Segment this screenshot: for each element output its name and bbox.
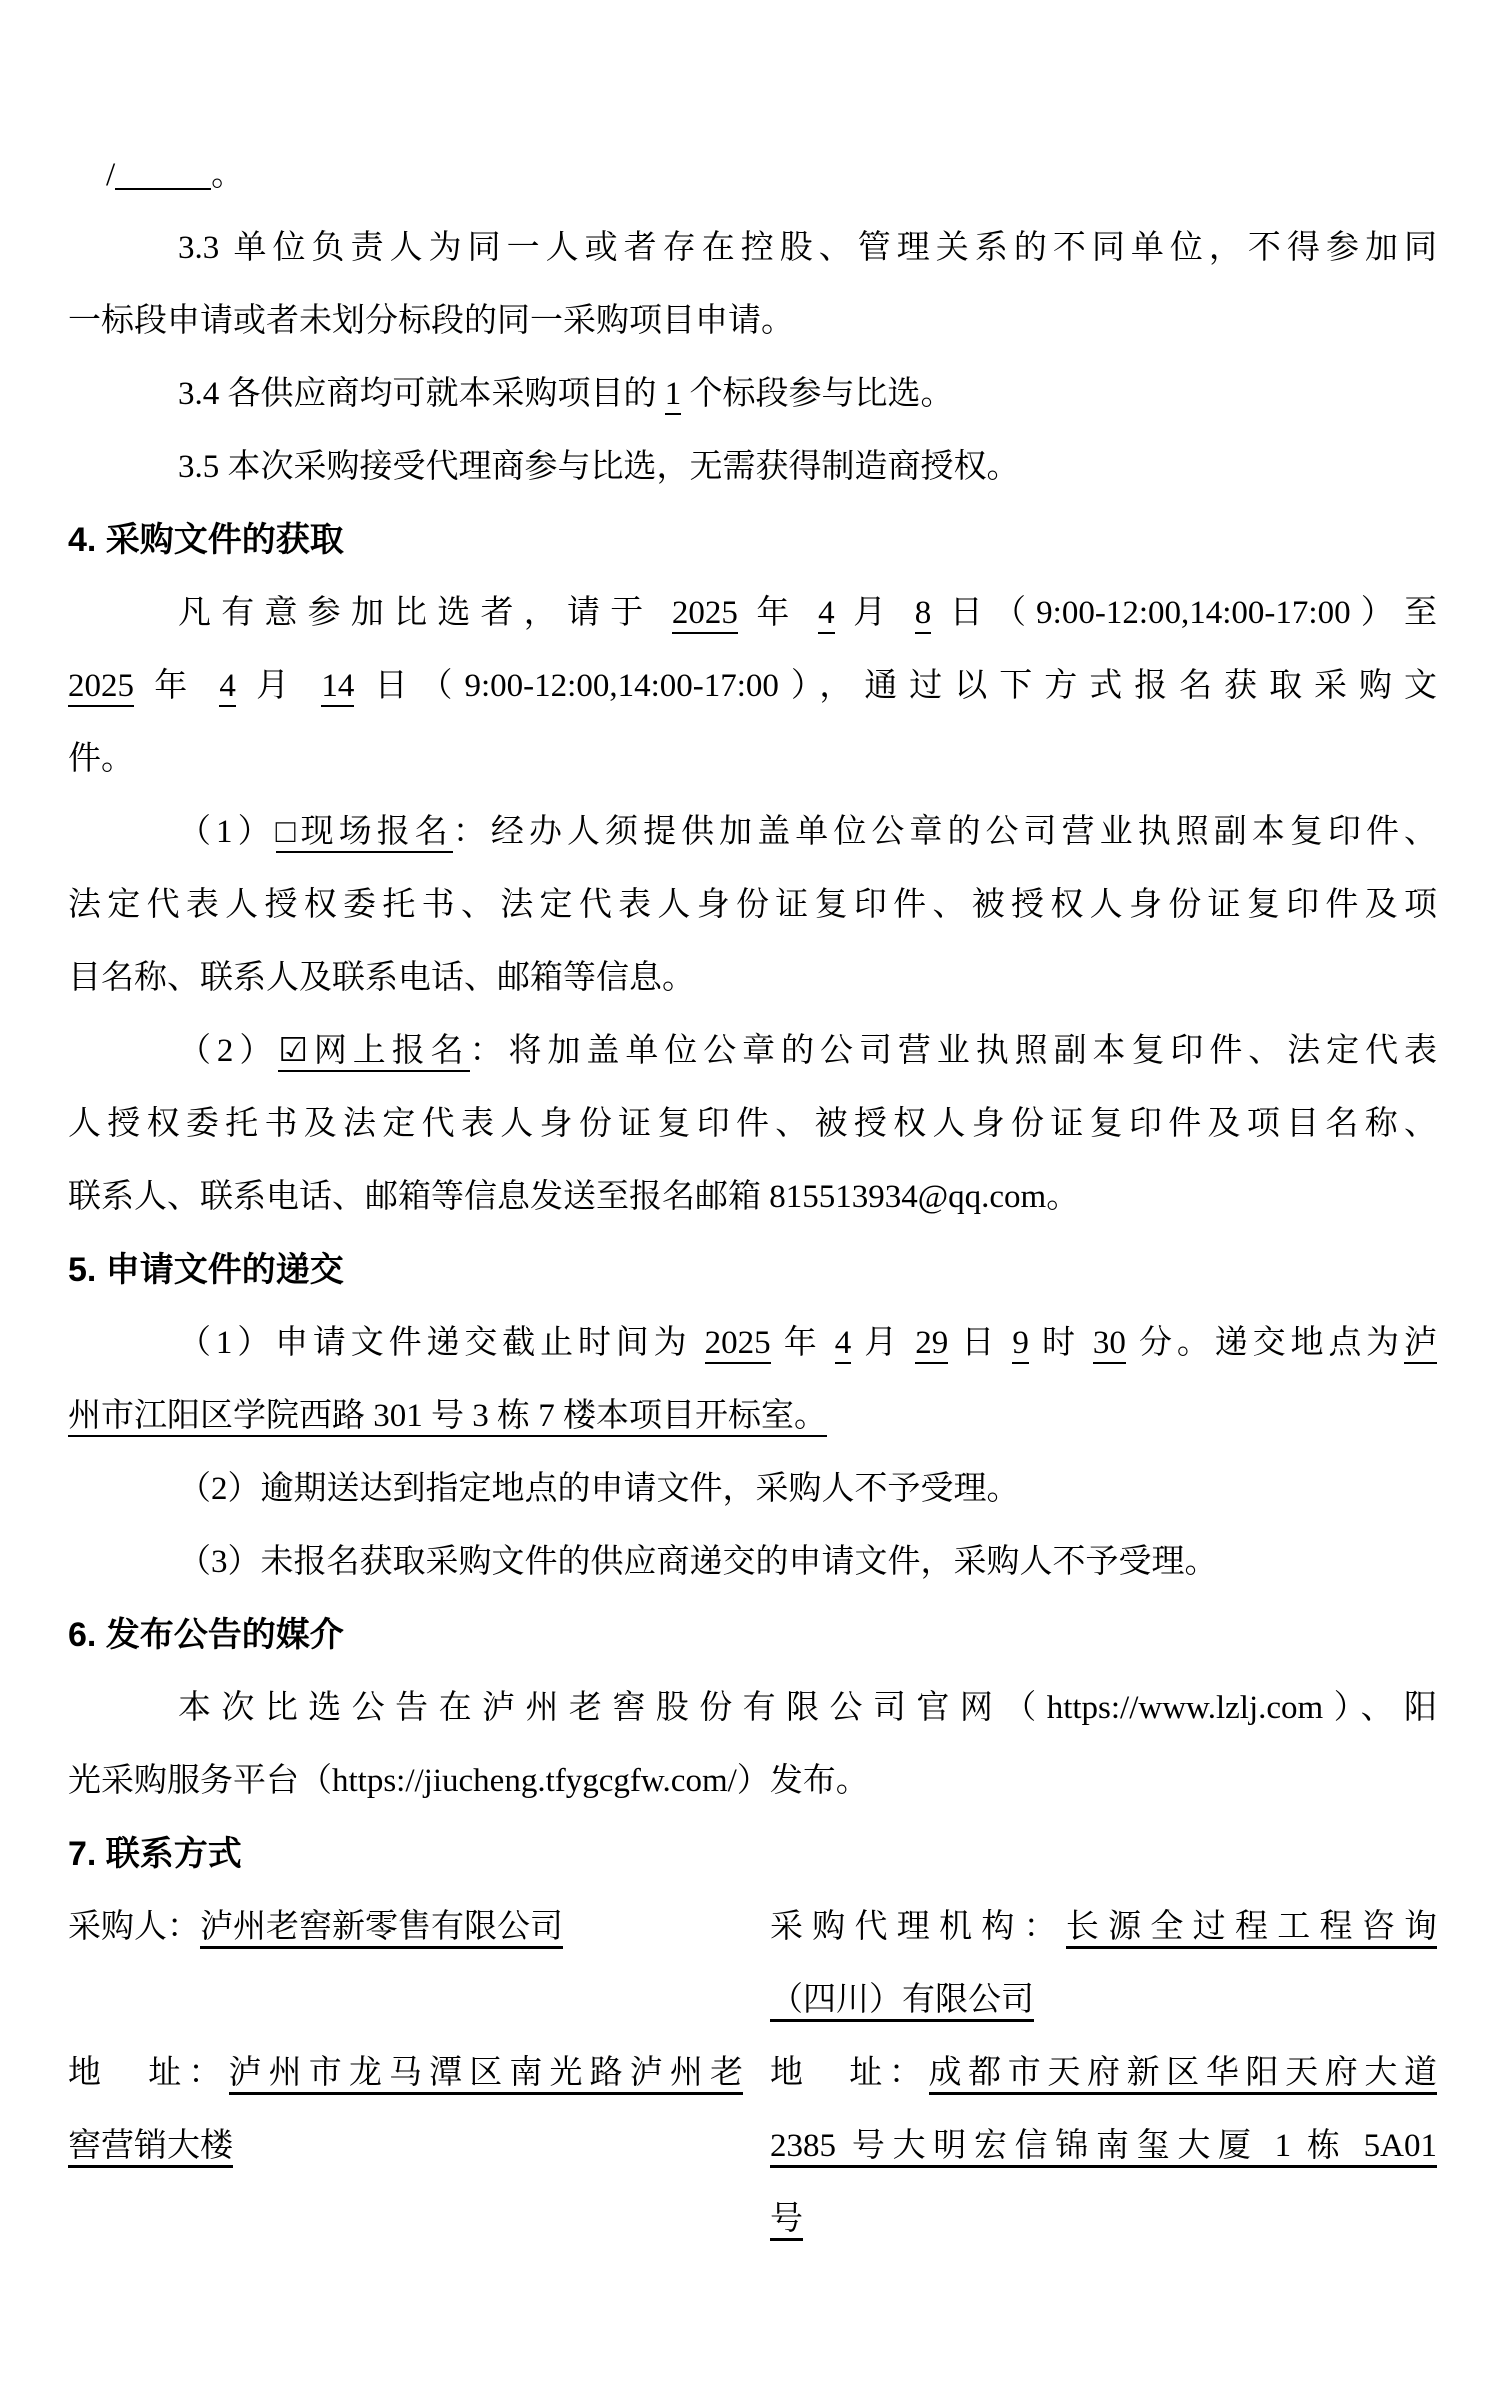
agency-address-text-2: 2385 号大明宏信锦南玺大厦 1 栋 5A01 xyxy=(770,2128,1437,2168)
sec5-deadline-line-2: 州市江阳区学院西路 301 号 3 栋 7 楼本项目开标室。 xyxy=(68,1380,1437,1453)
checkbox-unchecked-icon: □ xyxy=(276,814,301,850)
clause-3-3-line-2: 一标段申请或者未划分标段的同一采购项目申请。 xyxy=(68,285,1437,358)
option-2-label: 网上报名 xyxy=(308,1033,470,1069)
purchaser-name: 泸州老窖新零售有限公司 xyxy=(200,1909,563,1949)
clause-3-5: 3.5 本次采购接受代理商参与比选，无需获得制造商授权。 xyxy=(68,431,1437,504)
procurement-platform-url: https://jiucheng.tfygcgfw.com/ xyxy=(332,1763,737,1799)
sec5-text-d: 日 xyxy=(948,1325,1012,1361)
sec5-text-a: （1）申请文件递交截止时间为 xyxy=(178,1325,705,1361)
sec5-text-b: 年 xyxy=(771,1325,835,1361)
agency-line-1: 采购代理机构：长源全过程工程咨询 xyxy=(770,1891,1437,1964)
section-4-heading: 4. 采购文件的获取 xyxy=(68,504,1437,577)
sec5-clause-3: （3）未报名获取采购文件的供应商递交的申请文件，采购人不予受理。 xyxy=(68,1526,1437,1599)
sec6-text-d: ）发布。 xyxy=(737,1763,869,1799)
sec4-intro2-text-a: 年 xyxy=(134,668,219,704)
sec4-intro2-text-c: 日（9:00-12:00,14:00-17:00），通过以下方式报名获取采购文 xyxy=(354,668,1437,704)
option-1-title-underline: □现场报名 xyxy=(276,814,453,853)
fragment-slash: / xyxy=(106,157,115,193)
sec4-intro-line-2: 2025 年 4 月 14 日（9:00-12:00,14:00-17:00），… xyxy=(68,650,1437,723)
blank-underline xyxy=(115,158,211,190)
option-2-line-2: 人授权委托书及法定代表人身份证复印件、被授权人身份证复印件及项目名称、 xyxy=(68,1088,1437,1161)
contacts-row-addresses: 地 址：泸州市龙马潭区南光路泸州老 窖营销大楼 地 址：成都市天府新区华阳天府大… xyxy=(68,2037,1437,2256)
agency-address-text-1: 成都市天府新区华阳天府大道 xyxy=(929,2055,1438,2095)
official-site-url: https://www.lzlj.com xyxy=(1047,1690,1324,1726)
option-2-number: （2） xyxy=(178,1033,278,1069)
sec6-line-2: 光采购服务平台（https://jiucheng.tfygcgfw.com/）发… xyxy=(68,1745,1437,1818)
submission-address: 州市江阳区学院西路 301 号 3 栋 7 楼本项目开标室。 xyxy=(68,1398,827,1437)
option-2-line-1: （2）☑网上报名：将加盖单位公章的公司营业执照副本复印件、法定代表 xyxy=(68,1015,1437,1088)
sec4-intro-text-b: 年 xyxy=(738,595,818,631)
option-2-line-3: 联系人、联系电话、邮箱等信息发送至报名邮箱 815513934@qq.com。 xyxy=(68,1161,1437,1234)
agency-address-line-3: 号 xyxy=(770,2183,1437,2256)
agency-address-text-3: 号 xyxy=(770,2201,803,2241)
agency-label: 采购代理机构： xyxy=(770,1909,1066,1945)
purchaser-address-column: 地 址：泸州市龙马潭区南光路泸州老 窖营销大楼 xyxy=(68,2037,743,2183)
agency-column: 采购代理机构：长源全过程工程咨询 （四川）有限公司 xyxy=(770,1891,1437,2037)
option-1-line-1: （1）□现场报名：经办人须提供加盖单位公章的公司营业执照副本复印件、 xyxy=(68,796,1437,869)
sec5-deadline-line-1: （1）申请文件递交截止时间为 2025 年 4 月 29 日 9 时 30 分。… xyxy=(68,1307,1437,1380)
section-6-heading: 6. 发布公告的媒介 xyxy=(68,1599,1437,1672)
deadline-hour: 9 xyxy=(1012,1325,1029,1364)
deadline-month: 4 xyxy=(835,1325,852,1364)
purchaser-line: 采购人：泸州老窖新零售有限公司 xyxy=(68,1891,743,1964)
obtain-start-year: 2025 xyxy=(672,595,738,634)
obtain-start-day: 8 xyxy=(915,595,932,634)
obtain-end-month: 4 xyxy=(219,668,236,707)
agency-address-line-2: 2385 号大明宏信锦南玺大厦 1 栋 5A01 xyxy=(770,2110,1437,2183)
obtain-start-month: 4 xyxy=(818,595,835,634)
lot-count-value: 1 xyxy=(665,376,682,415)
sec4-intro-line-1: 凡有意参加比选者，请于 2025 年 4 月 8 日（9:00-12:00,14… xyxy=(68,577,1437,650)
submission-address-first-char: 泸 xyxy=(1404,1325,1437,1364)
agency-name-line-1: 长源全过程工程咨询 xyxy=(1066,1909,1437,1949)
obtain-end-year: 2025 xyxy=(68,668,134,707)
purchaser-address-text-1: 泸州市龙马潭区南光路泸州老 xyxy=(229,2055,744,2095)
deadline-year: 2025 xyxy=(705,1325,771,1364)
sec4-intro-text-a: 凡有意参加比选者，请于 xyxy=(178,595,672,631)
sec6-text-a: 本次比选公告在泸州老窖股份有限公司官网（ xyxy=(178,1690,1047,1726)
sec4-intro-text-c: 月 xyxy=(835,595,915,631)
obtain-end-day: 14 xyxy=(321,668,354,707)
sec4-intro-line-3: 件。 xyxy=(68,723,1437,796)
purchaser-label: 采购人： xyxy=(68,1909,200,1945)
section-5-heading: 5. 申请文件的递交 xyxy=(68,1234,1437,1307)
sec6-line-1: 本次比选公告在泸州老窖股份有限公司官网（https://www.lzlj.com… xyxy=(68,1672,1437,1745)
fragment-period: 。 xyxy=(211,157,244,193)
option-2-title-underline: ☑网上报名 xyxy=(278,1033,469,1072)
option-2-text: ：将加盖单位公章的公司营业执照副本复印件、法定代表 xyxy=(470,1033,1437,1069)
fragment-line: /。 xyxy=(106,139,1437,212)
document-content: /。 3.3 单位负责人为同一人或者存在控股、管理关系的不同单位，不得参加同 一… xyxy=(68,139,1437,2256)
option-1-number: （1） xyxy=(178,814,276,850)
option-1-label: 现场报名 xyxy=(301,814,453,850)
sec6-text-b: ）、阳 xyxy=(1323,1690,1437,1726)
agency-address-line-1: 地 址：成都市天府新区华阳天府大道 xyxy=(770,2037,1437,2110)
sec5-clause-2: （2）逾期送达到指定地点的申请文件，采购人不予受理。 xyxy=(68,1453,1437,1526)
agency-address-label: 地 址： xyxy=(770,2055,929,2091)
sec5-text-c: 月 xyxy=(851,1325,915,1361)
checkbox-checked-icon: ☑ xyxy=(278,1033,308,1069)
sec4-intro-text-d: 日（9:00-12:00,14:00-17:00）至 xyxy=(931,595,1437,631)
sec5-text-e: 时 xyxy=(1029,1325,1093,1361)
deadline-minute: 30 xyxy=(1093,1325,1126,1364)
section-7-heading: 7. 联系方式 xyxy=(68,1818,1437,1891)
option-1-line-2: 法定代表人授权委托书、法定代表人身份证复印件、被授权人身份证复印件及项 xyxy=(68,869,1437,942)
purchaser-address-label: 地 址： xyxy=(68,2055,229,2091)
agency-name-line-2: （四川）有限公司 xyxy=(770,1982,1034,2022)
purchaser-address-text-2: 窖营销大楼 xyxy=(68,2128,233,2168)
clause-3-3-line-1: 3.3 单位负责人为同一人或者存在控股、管理关系的不同单位，不得参加同 xyxy=(68,212,1437,285)
agency-line-2: （四川）有限公司 xyxy=(770,1964,1437,2037)
document-page: /。 3.3 单位负责人为同一人或者存在控股、管理关系的不同单位，不得参加同 一… xyxy=(0,0,1500,2385)
purchaser-column: 采购人：泸州老窖新零售有限公司 xyxy=(68,1891,743,1964)
agency-address-column: 地 址：成都市天府新区华阳天府大道 2385 号大明宏信锦南玺大厦 1 栋 5A… xyxy=(770,2037,1437,2256)
sec6-text-c: 光采购服务平台（ xyxy=(68,1763,332,1799)
deadline-day: 29 xyxy=(915,1325,948,1364)
clause-3-4-post: 个标段参与比选。 xyxy=(681,376,953,412)
sec4-intro2-text-b: 月 xyxy=(236,668,321,704)
option-1-line-3: 目名称、联系人及联系电话、邮箱等信息。 xyxy=(68,942,1437,1015)
contacts-row-names: 采购人：泸州老窖新零售有限公司 采购代理机构：长源全过程工程咨询 （四川）有限公… xyxy=(68,1891,1437,2037)
sec5-text-f: 分。递交地点为 xyxy=(1126,1325,1404,1361)
option-1-text: ：经办人须提供加盖单位公章的公司营业执照副本复印件、 xyxy=(453,814,1437,850)
purchaser-address-line-1: 地 址：泸州市龙马潭区南光路泸州老 xyxy=(68,2037,743,2110)
clause-3-4-pre: 3.4 各供应商均可就本采购项目的 xyxy=(178,376,665,412)
clause-3-4: 3.4 各供应商均可就本采购项目的 1 个标段参与比选。 xyxy=(68,358,1437,431)
purchaser-address-line-2: 窖营销大楼 xyxy=(68,2110,743,2183)
